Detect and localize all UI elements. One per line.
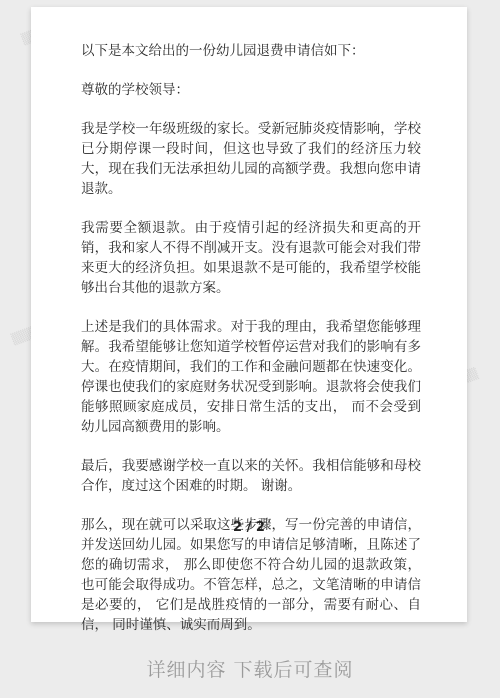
document-page: 以下是本文给出的一份幼儿园退费申请信如下： 尊敬的学校领导： 我是学校一年级班级… <box>31 7 467 622</box>
salutation: 尊敬的学校领导： <box>81 80 421 100</box>
intro-line: 以下是本文给出的一份幼儿园退费申请信如下： <box>81 41 421 61</box>
paragraph-2: 我需要全额退款。由于疫情引起的经济损失和更高的开销，我和家人不得不削减开支。没有… <box>81 218 421 298</box>
paragraph-1: 我是学校一年级班级的家长。受新冠肺炎疫情影响，学校已分期停课一段时间，但这也导致… <box>81 119 421 199</box>
paragraph-4: 最后，我要感谢学校一直以来的关怀。我相信能够和母校合作，度过这个困难的时期。 谢… <box>81 456 421 496</box>
document-body: 以下是本文给出的一份幼儿园退费申请信如下： 尊敬的学校领导： 我是学校一年级班级… <box>81 41 421 635</box>
page-number: 2 / 2 <box>31 520 467 535</box>
download-note: 详细内容 下载后可查阅 <box>0 655 500 682</box>
paragraph-3: 上述是我们的具体需求。对于我的理由，我希望您能够理解。我希望能够让您知道学校暂停… <box>81 317 421 437</box>
